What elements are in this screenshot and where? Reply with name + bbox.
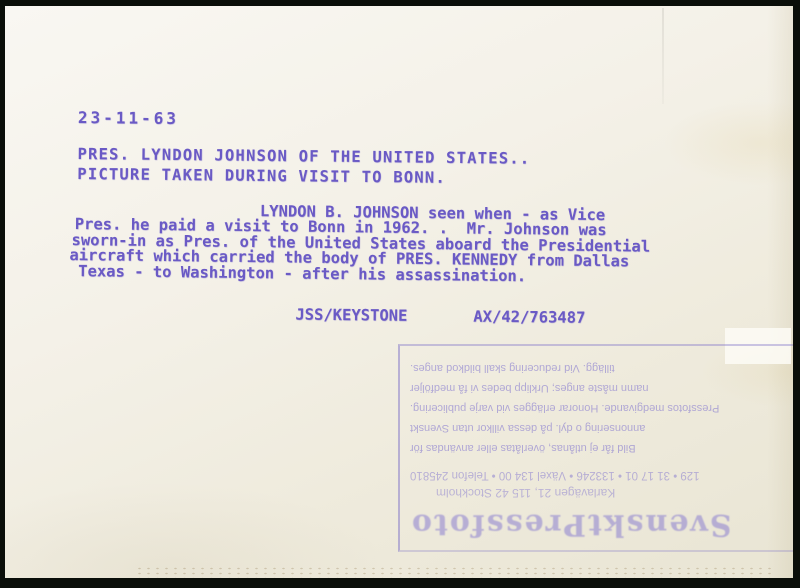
stamp-terms-line: Bild får ej utlånas, överlåtas eller anv… (410, 438, 719, 458)
scanned-press-photo-back: 23-11-63 PRES. LYNDON JOHNSON OF THE UNI… (0, 0, 800, 588)
stamp-terms-line: namn måste anges; Urklipp bedes vi få me… (410, 378, 719, 398)
stamp-terms-line: Pressfotos medgivande. Honorar erlägges … (410, 398, 719, 418)
stamp-terms-line: annonsering o dyl. på dessa villkor utan… (410, 418, 719, 438)
caption-body: LYNDON B. JOHNSON seen when - as Vice Pr… (68, 202, 650, 346)
photo-card: 23-11-63 PRES. LYNDON JOHNSON OF THE UNI… (5, 6, 793, 578)
stamp-phone: 129 • 31 17 01 • 133246 • Växel 134 00 •… (410, 467, 700, 483)
credit-gap (407, 321, 473, 322)
date-line: 23-11-63 (78, 108, 531, 132)
stamp-terms: Bild får ej utlånas, överlåtas eller anv… (410, 358, 719, 458)
paper-crease (662, 8, 664, 104)
stamp-logo: SvensktPressfoto (410, 504, 732, 544)
credit-text: JSS/KEYSTONE (295, 306, 407, 325)
agency-stamp-rotated: SvensktPressfoto Karlavägen 21, 115 42 S… (398, 344, 793, 552)
stamp-address: Karlavägen 21, 115 42 Stockholm (436, 485, 615, 501)
caption-header: 23-11-63 PRES. LYNDON JOHNSON OF THE UNI… (77, 108, 531, 189)
stamp-terms-line: tillägg. Vid reducering skall bildkod an… (410, 358, 719, 378)
reference-number: AX/42/763487 (473, 308, 585, 327)
credit-line: JSS/KEYSTONEAX/42/763487 (220, 287, 649, 346)
edge-speckles (135, 566, 775, 578)
